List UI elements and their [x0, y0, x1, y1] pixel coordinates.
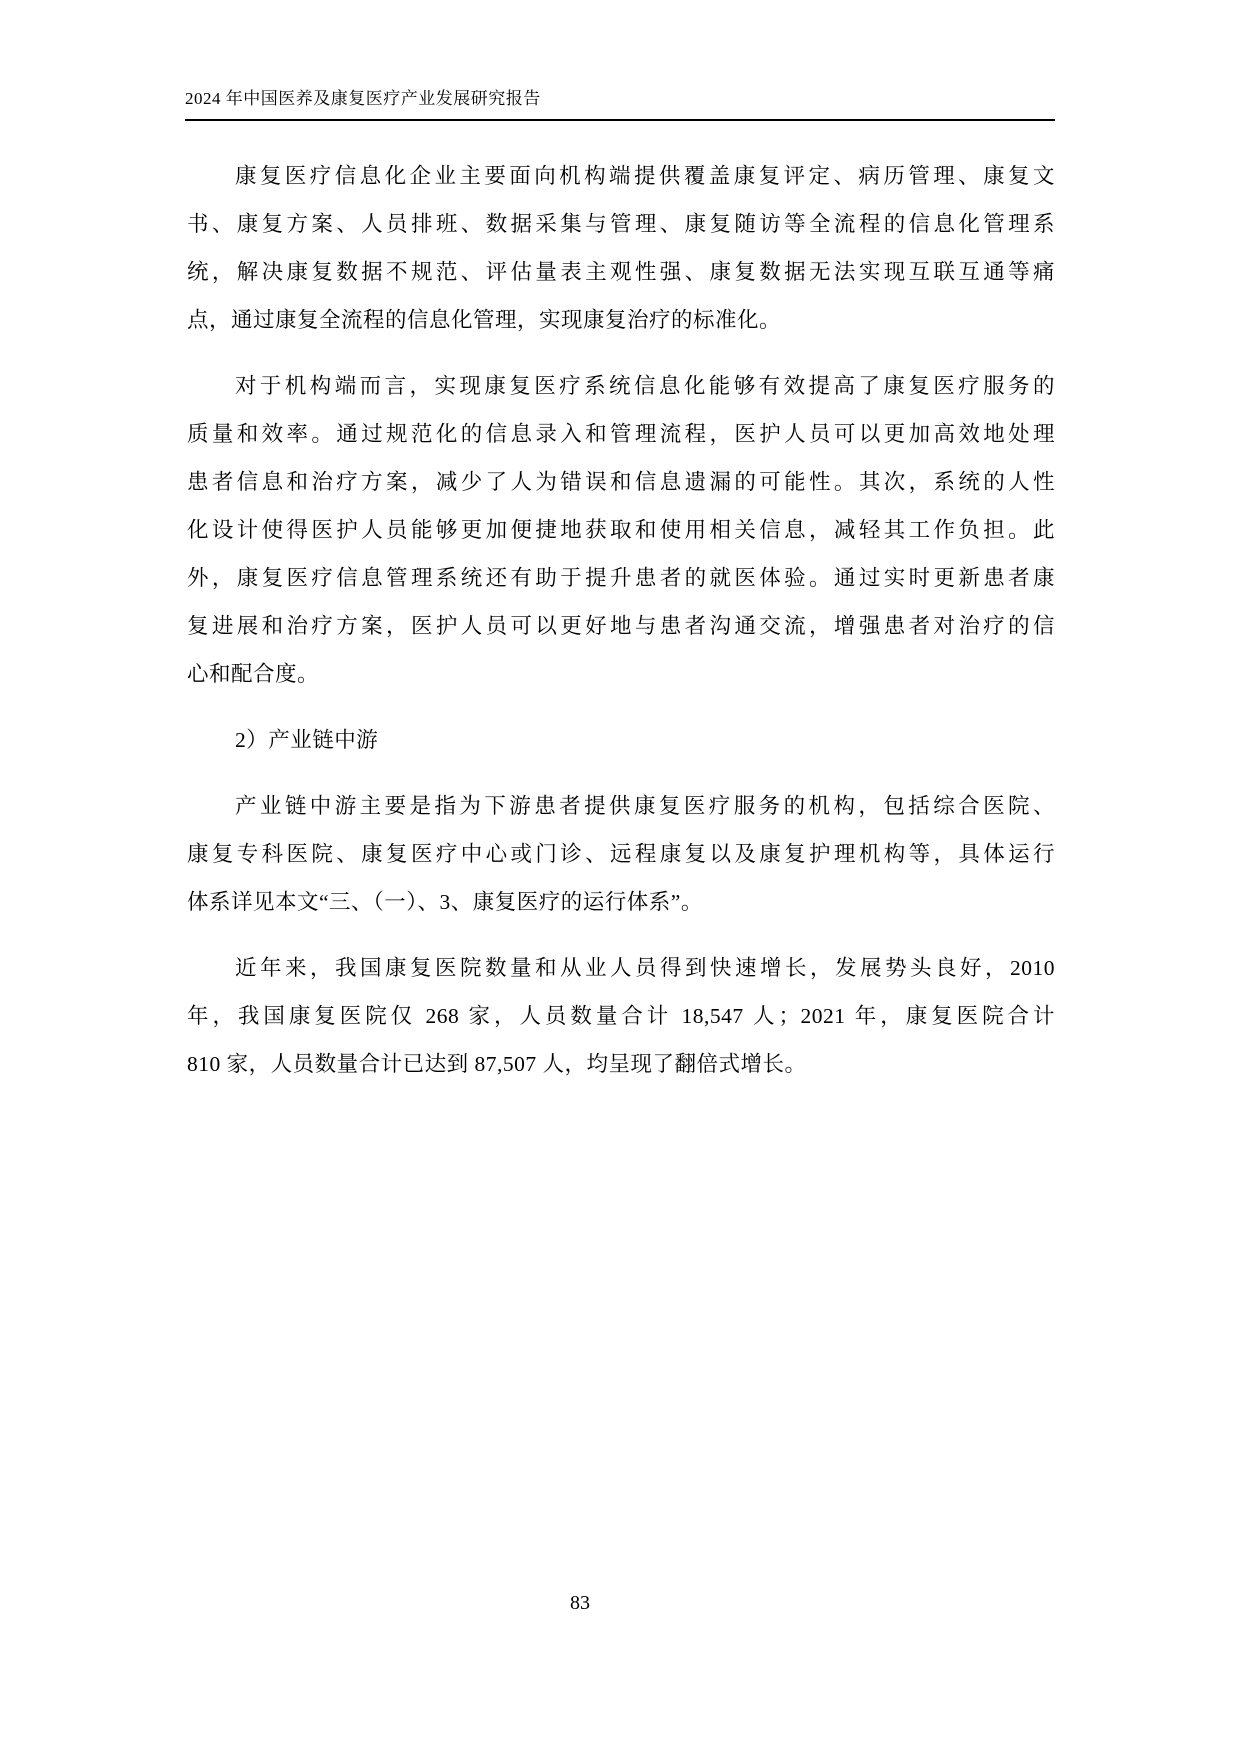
- text-line: 统，解决康复数据不规范、评估量表主观性强、康复数据无法实现互联互通等痛: [187, 248, 1055, 296]
- text-line: 810 家，人员数量合计已达到 87,507 人，均呈现了翻倍式增长。: [187, 1040, 1055, 1088]
- section-heading: 2）产业链中游: [187, 716, 1055, 764]
- text-line: 外，康复医疗信息管理系统还有助于提升患者的就医体验。通过实时更新患者康: [187, 554, 1055, 602]
- text-line: 对于机构端而言，实现康复医疗系统信息化能够有效提高了康复医疗服务的: [187, 362, 1055, 410]
- text-line: 心和配合度。: [187, 650, 1055, 698]
- text-line: 近年来，我国康复医院数量和从业人员得到快速增长，发展势头良好，2010: [187, 944, 1055, 992]
- text-line: 质量和效率。通过规范化的信息录入和管理流程，医护人员可以更加高效地处理: [187, 410, 1055, 458]
- paragraph: 产业链中游主要是指为下游患者提供康复医疗服务的机构，包括综合医院、康复专科医院、…: [187, 782, 1055, 926]
- header-title: 2024 年中国医养及康复医疗产业发展研究报告: [185, 89, 541, 108]
- text-line: 书、康复方案、人员排班、数据采集与管理、康复随访等全流程的信息化管理系: [187, 200, 1055, 248]
- text-line: 产业链中游主要是指为下游患者提供康复医疗服务的机构，包括综合医院、: [187, 782, 1055, 830]
- text-line: 点，通过康复全流程的信息化管理，实现康复治疗的标准化。: [187, 296, 1055, 344]
- text-line: 患者信息和治疗方案，减少了人为错误和信息遗漏的可能性。其次，系统的人性: [187, 458, 1055, 506]
- page-number: 83: [570, 1592, 590, 1614]
- text-line: 2）产业链中游: [187, 716, 1055, 764]
- page-header: 2024 年中国医养及康复医疗产业发展研究报告: [185, 84, 1055, 121]
- page-footer: 83: [150, 1592, 1010, 1615]
- text-line: 体系详见本文“三、（一）、3、康复医疗的运行体系”。: [187, 878, 1055, 926]
- document-page: 2024 年中国医养及康复医疗产业发展研究报告 康复医疗信息化企业主要面向机构端…: [0, 0, 1240, 1754]
- paragraph: 近年来，我国康复医院数量和从业人员得到快速增长，发展势头良好，2010年，我国康…: [187, 944, 1055, 1088]
- document-body: 康复医疗信息化企业主要面向机构端提供覆盖康复评定、病历管理、康复文书、康复方案、…: [187, 152, 1055, 1088]
- text-line: 康复专科医院、康复医疗中心或门诊、远程康复以及康复护理机构等，具体运行: [187, 830, 1055, 878]
- text-line: 复进展和治疗方案，医护人员可以更好地与患者沟通交流，增强患者对治疗的信: [187, 602, 1055, 650]
- text-line: 年，我国康复医院仅 268 家，人员数量合计 18,547 人；2021 年，康…: [187, 992, 1055, 1040]
- paragraph: 康复医疗信息化企业主要面向机构端提供覆盖康复评定、病历管理、康复文书、康复方案、…: [187, 152, 1055, 344]
- paragraph: 对于机构端而言，实现康复医疗系统信息化能够有效提高了康复医疗服务的质量和效率。通…: [187, 362, 1055, 698]
- text-line: 化设计使得医护人员能够更加便捷地获取和使用相关信息，减轻其工作负担。此: [187, 506, 1055, 554]
- text-line: 康复医疗信息化企业主要面向机构端提供覆盖康复评定、病历管理、康复文: [187, 152, 1055, 200]
